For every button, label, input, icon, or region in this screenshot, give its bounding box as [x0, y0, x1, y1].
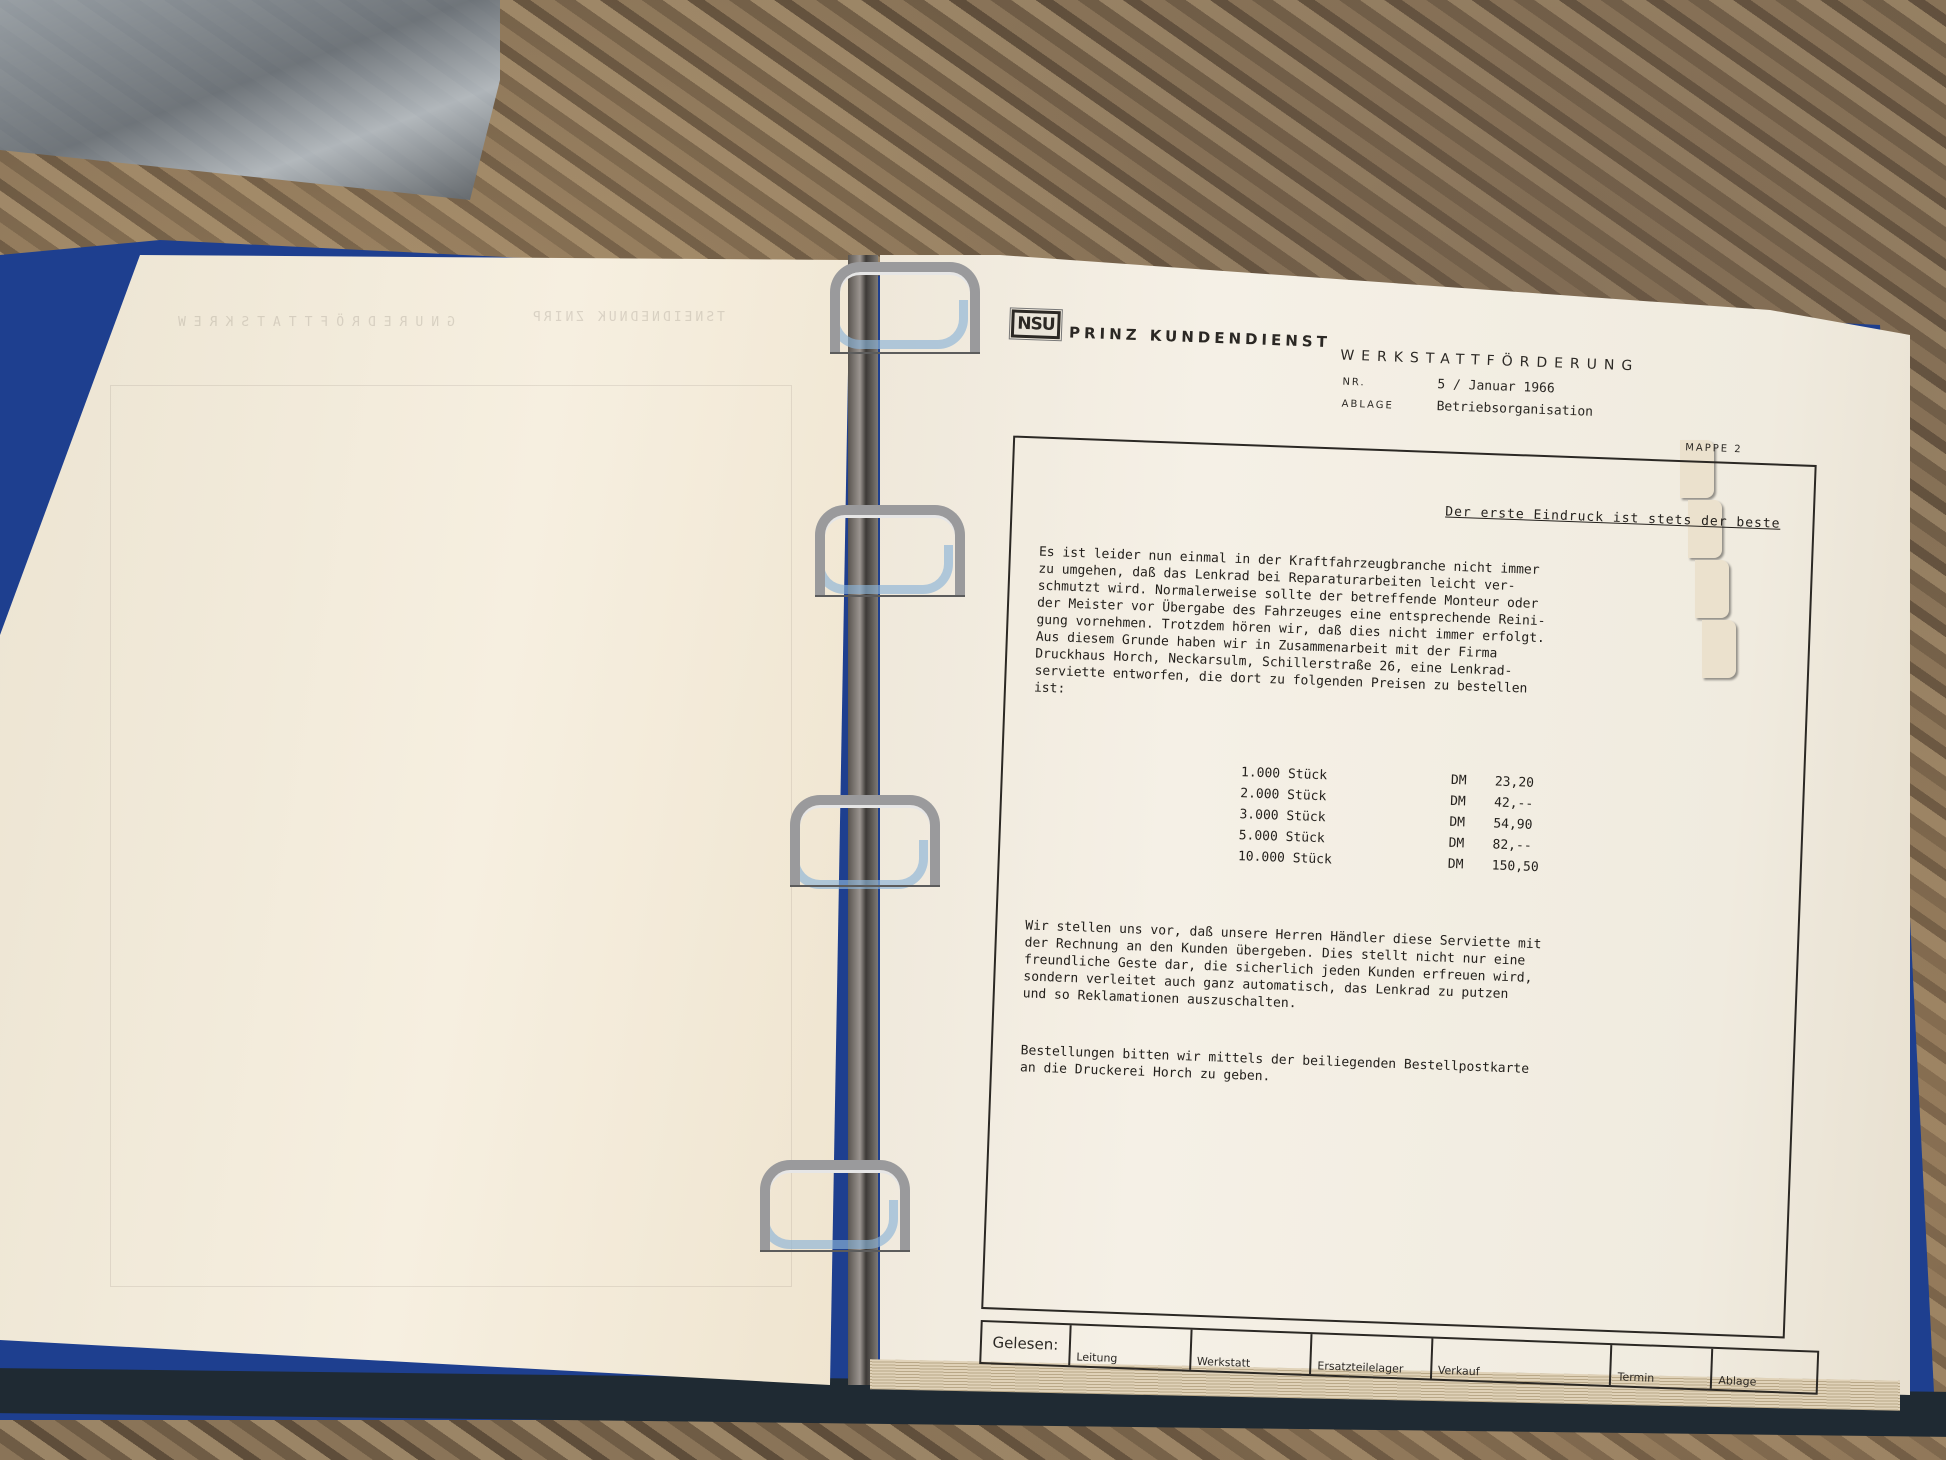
folder-number: MAPPE 2 [1685, 442, 1743, 455]
paragraph-order: Bestellungen bitten wir mittels der beil… [1020, 1042, 1761, 1103]
price-price: 54,90 [1493, 815, 1533, 837]
binder-ring [790, 795, 940, 885]
ablage-label: ABLAGE [1341, 399, 1436, 413]
price-currency: DM [1448, 835, 1493, 858]
price-price: 82,-- [1492, 836, 1532, 858]
signoff-label: Ablage [1718, 1374, 1757, 1388]
brand-title: PRINZ KUNDENDIENST [1069, 324, 1331, 352]
price-price: 150,50 [1491, 857, 1539, 880]
paragraph-intro: Es ist leider nun einmal in der Kraftfah… [1034, 544, 1779, 724]
typed-circular: NSU PRINZ KUNDENDIENST WERKSTATTFÖRDERUN… [962, 305, 1830, 1385]
body-text: Der erste Eindruck ist stets der beste E… [1019, 455, 1783, 1138]
issue-number: NR.5 / Januar 1966 [1342, 374, 1555, 397]
nr-value: 5 / Januar 1966 [1437, 377, 1555, 396]
nr-label: NR. [1342, 377, 1437, 391]
series-title: WERKSTATTFÖRDERUNG [1340, 348, 1639, 375]
paragraph-proposal: Wir stellen uns vor, daß unsere Herren H… [1022, 917, 1765, 1029]
signoff-label: Ersatzteilelager [1317, 1359, 1403, 1375]
show-through-text: GNUREDRÖFTTATSKREW [170, 315, 455, 330]
ablage-value: Betriebsorganisation [1436, 399, 1593, 420]
signoff-field-werkstatt[interactable]: Werkstatt [1191, 1330, 1313, 1374]
signoff-label: Verkauf [1438, 1364, 1480, 1379]
price-currency: DM [1450, 772, 1495, 795]
signoff-field-verkauf[interactable]: Verkauf [1432, 1339, 1613, 1386]
signoff-label: Werkstatt [1197, 1355, 1251, 1370]
binder-ring [760, 1160, 910, 1250]
plastic-bag [0, 0, 500, 200]
signoff-field-leitung[interactable]: Leitung [1070, 1325, 1192, 1369]
show-through-frame [110, 385, 792, 1287]
signoff-label: Termin [1617, 1370, 1654, 1384]
read-label: Gelesen: [981, 1322, 1071, 1365]
signoff-field-termin[interactable]: Termin [1611, 1345, 1713, 1389]
price-currency: DM [1447, 856, 1492, 879]
price-list: 1.000 StückDM23,202.000 StückDM42,--3.00… [1237, 764, 1770, 888]
binder-ring [830, 262, 980, 352]
nsu-logo: NSU [1011, 309, 1061, 339]
letter-heading: Der erste Eindruck ist stets der beste [1041, 489, 1781, 533]
price-price: 23,20 [1494, 773, 1534, 795]
binder-ring [815, 505, 965, 595]
signoff-label: Leitung [1076, 1351, 1117, 1365]
price-currency: DM [1449, 814, 1494, 837]
filing: ABLAGEBetriebsorganisation [1341, 396, 1593, 420]
price-currency: DM [1450, 793, 1495, 816]
left-page: GNUREDRÖFTTATSKREW TSNEIDNEDNUK ZNIRP [0, 255, 850, 1385]
signoff-field-ablage[interactable]: Ablage [1712, 1349, 1817, 1393]
price-price: 42,-- [1494, 794, 1534, 816]
show-through-text: TSNEIDNEDNUK ZNIRP [530, 310, 725, 325]
signoff-field-ersatzteilelager[interactable]: Ersatzteilelager [1311, 1334, 1433, 1378]
